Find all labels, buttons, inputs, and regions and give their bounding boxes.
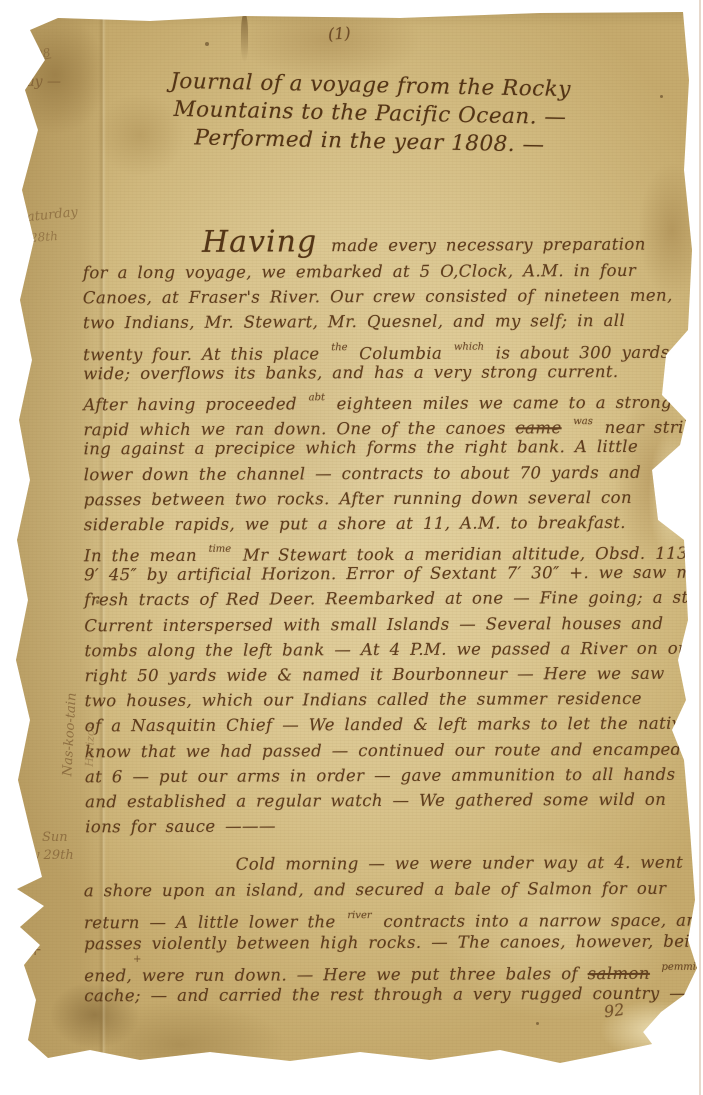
margin-note-month: May —	[12, 74, 61, 90]
body-line: After having proceeded abt eighteen mile…	[83, 384, 683, 412]
margin-note-sunday: Sun	[42, 830, 68, 845]
body-line: two houses, which our Indians called the…	[85, 686, 685, 714]
body-line: at 6 — put our arms in order — gave ammu…	[85, 761, 685, 789]
body-line: siderable rapids, we put a shore at 11, …	[84, 510, 684, 538]
body-line: two Indians, Mr. Stewart, Mr. Quesnel, a…	[83, 308, 683, 336]
margin-note-sunday-date: day 29th	[16, 848, 74, 863]
body-line: passes violently between high rocks. — T…	[84, 928, 684, 957]
paper-speck	[660, 95, 663, 98]
margin-note-year: 1808	[19, 45, 52, 64]
body-line: know that we had passed — continued our …	[85, 736, 685, 764]
body-line: Current interspersed with small Islands …	[84, 610, 684, 638]
margin-note-vertical-tribe: Nas-koo-tain	[58, 649, 82, 820]
margin-cross-mark: +	[28, 940, 42, 960]
body-line: 9′ 45″ by artificial Horizon. Error of S…	[84, 560, 684, 588]
body-line: of a Nasquitin Chief — We landed & left …	[85, 711, 685, 739]
journal-title: Journal of a voyage from the Rocky Mount…	[119, 67, 621, 161]
body-line: wide; overflows its banks, and has a ver…	[83, 358, 683, 386]
ink-stain-streak	[241, 14, 248, 62]
body-line: Canoes, at Fraser's River. Our crew cons…	[83, 283, 683, 311]
body-line: a shore upon an island, and secured a ba…	[84, 876, 684, 905]
paper-speck	[536, 1022, 539, 1025]
scan-edge-artifact	[699, 0, 701, 1095]
body-line: passes between two rocks. After running …	[84, 484, 684, 512]
body-line: Cold morning — we were under way at 4. w…	[84, 850, 684, 879]
body-line: tombs along the left bank — At 4 P.M. we…	[84, 636, 684, 664]
scanned-document: (1) 1808 May — Saturday 28th Nas-koo-tai…	[0, 0, 703, 1095]
body-line: rapid which we ran down. One of the cano…	[83, 409, 683, 437]
body-line: fresh tracts of Red Deer. Reembarked at …	[84, 585, 684, 613]
body-line: return — A little lower the river contra…	[84, 902, 684, 931]
body-line: cache; — and carried the rest through a …	[84, 981, 684, 1010]
body-opening-line: Havingmade every necessary preparation	[84, 223, 646, 261]
margin-note-saturday: Saturday	[17, 205, 78, 226]
journal-paragraph-1: for a long voyage, we embarked at 5 O,Cl…	[83, 258, 686, 840]
body-line: In the mean time Mr Stewart took a merid…	[84, 535, 684, 563]
paper-speck	[205, 42, 209, 46]
body-line: twenty four. At this place the Columbia …	[83, 333, 683, 361]
opening-word: Having	[202, 224, 317, 260]
body-line: ions for sauce ———	[85, 812, 685, 840]
body-line: lower down the channel — contracts to ab…	[84, 459, 684, 487]
page-number: (1)	[327, 23, 351, 44]
manuscript-page: (1) 1808 May — Saturday 28th Nas-koo-tai…	[0, 0, 703, 1095]
margin-note-saturday-date: 28th	[30, 229, 59, 245]
opening-rest: made every necessary preparation	[331, 235, 646, 256]
folio-mark: 92	[603, 1000, 626, 1022]
journal-paragraph-2: Cold morning — we were under way at 4. w…	[84, 850, 685, 1010]
body-line: ing against a precipice which forms the …	[84, 434, 684, 462]
body-line: ened, were run down. — Here we put three…	[84, 954, 684, 983]
body-line: and established a regular watch — We gat…	[85, 787, 685, 815]
body-line: right 50 yards wide & named it Bourbonne…	[84, 661, 684, 689]
body-line: for a long voyage, we embarked at 5 O,Cl…	[83, 258, 683, 286]
